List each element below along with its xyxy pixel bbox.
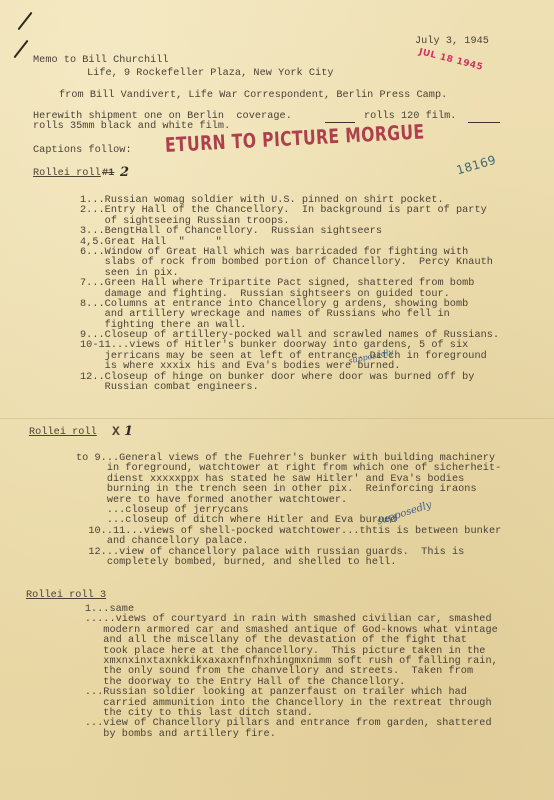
caption-line: by bombs and artillery fire. xyxy=(54,730,498,740)
caption-line: and all the miscellany of the devastatio… xyxy=(54,636,498,646)
caption-line: and chancellory palace. xyxy=(76,537,501,547)
memo-recipient: Memo to Bill Churchill xyxy=(33,56,169,66)
caption-line: ...Russian soldier looking at panzerfaus… xyxy=(54,688,498,698)
struck-roll-number: #1 xyxy=(102,169,114,179)
caption-line: 3...BengtHall of Chancellory. Russian si… xyxy=(80,227,499,237)
paper-fold-line xyxy=(0,418,554,419)
caption-line: completely bombed, burned, and shelled t… xyxy=(76,558,501,568)
caption-line: burning in the trench seen in other pix.… xyxy=(76,485,501,495)
section-roll-2-captions: 1...Russian womag soldier with U.S. pinn… xyxy=(80,196,499,393)
memo-address: Life, 9 Rockefeller Plaza, New York City xyxy=(87,69,334,79)
captions-label: Captions follow: xyxy=(33,146,132,156)
section-title-roll-3: Rollei roll 3 xyxy=(26,591,106,601)
blank-rolls-35mm xyxy=(468,122,500,123)
handwritten-roll-number: 2 xyxy=(120,165,129,180)
section-roll-3-captions: 1...same .....views of courtyard in rain… xyxy=(54,605,498,740)
handwritten-roll-number: 1 xyxy=(124,424,133,439)
section-title-roll-1: Rollei roll xyxy=(29,428,97,438)
caption-line: 7...Green Hall where Tripartite Pact sig… xyxy=(80,279,499,289)
section-roll-1-captions: to 9...General views of the Fuehrer's bu… xyxy=(76,454,501,568)
caption-line: Russian combat engineers. xyxy=(80,383,499,393)
memo-sender: from Bill Vandivert, Life War Correspond… xyxy=(59,91,447,101)
memo-date: July 3, 1945 xyxy=(415,37,489,47)
struck-roll-number: X xyxy=(112,427,120,437)
section-title-roll-2: Rollei roll xyxy=(33,169,101,179)
